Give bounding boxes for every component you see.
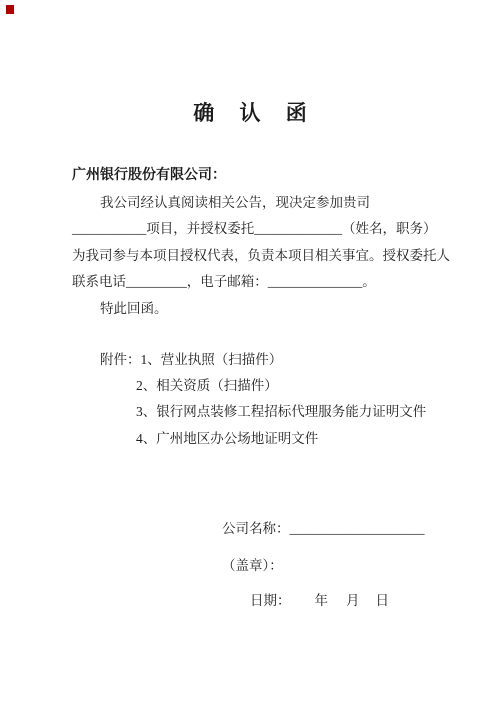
date-label: 日期：: [250, 593, 291, 608]
attachment-item: 4、广州地区办公场地证明文件: [136, 426, 426, 452]
letter-body: 广州银行股份有限公司： 我公司经认真阅读相关公告，现决定参加贵司 _______…: [72, 163, 452, 323]
body-line: 我公司经认真阅读相关公告，现决定参加贵司: [72, 190, 452, 217]
seal-line: （盖章）：: [222, 554, 283, 574]
attachments-list: 附件：1、营业执照（扫描件） 2、相关资质（扫描件） 3、银行网点装修工程招标代…: [100, 347, 426, 452]
body-line: 为我司参与本项目授权代表，负责本项目相关事宜。授权委托人: [72, 243, 452, 270]
month-label: 月: [346, 593, 360, 608]
red-corner-mark: [6, 5, 14, 14]
year-label: 年: [315, 593, 329, 608]
attachment-item: 2、相关资质（扫描件）: [136, 373, 426, 399]
company-name-blank: ____________________: [290, 521, 425, 536]
day-label: 日: [376, 593, 390, 608]
body-line: ___________项目，并授权委托_____________（姓名，职务）: [72, 216, 452, 243]
attachment-item: 3、银行网点装修工程招标代理服务能力证明文件: [136, 399, 426, 425]
document-title: 确 认 函: [0, 97, 500, 127]
attachment-item: 附件：1、营业执照（扫描件）: [100, 347, 426, 373]
attachment-item-text: 1、营业执照（扫描件）: [141, 352, 283, 367]
attachments-label: 附件：: [100, 352, 141, 367]
date-line: 日期：年月日: [250, 589, 389, 609]
closing-line: 特此回函。: [72, 296, 452, 323]
body-line: 联系电话_________，电子邮箱：______________。: [72, 269, 452, 296]
company-name-label: 公司名称：: [222, 521, 290, 536]
document-page: 确 认 函 广州银行股份有限公司： 我公司经认真阅读相关公告，现决定参加贵司 _…: [0, 0, 500, 707]
recipient-line: 广州银行股份有限公司：: [72, 163, 452, 190]
company-name-line: 公司名称：____________________: [222, 517, 425, 537]
